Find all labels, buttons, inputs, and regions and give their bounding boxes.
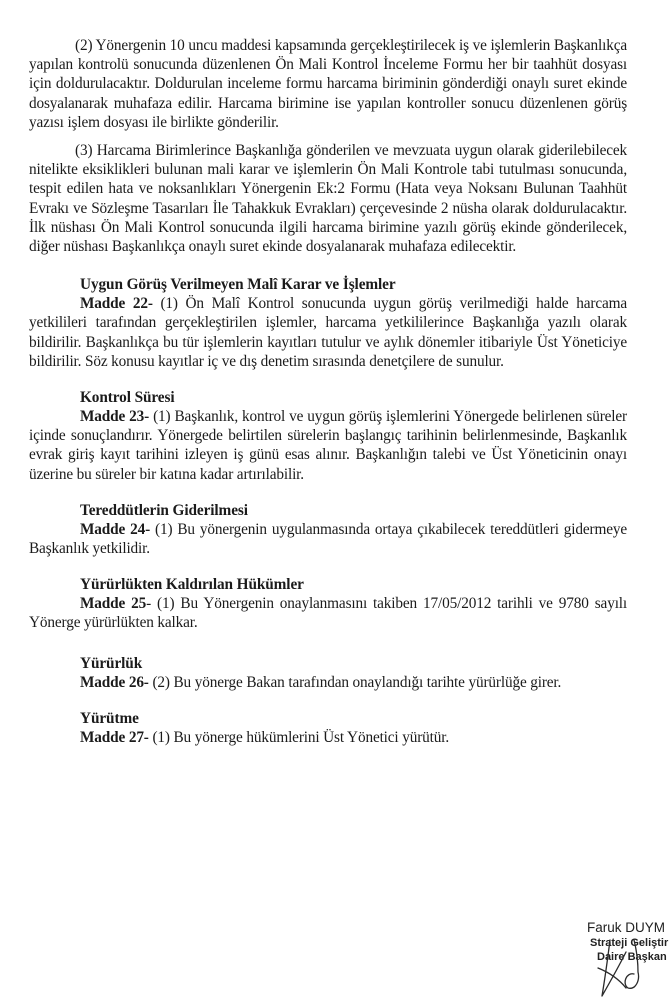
- section-body: Madde 26- (2) Bu yönerge Bakan tarafında…: [80, 673, 627, 692]
- madde-number: Madde 22-: [80, 295, 153, 312]
- paragraph-3: (3) Harcama Birimlerince Başkanlığa gönd…: [29, 141, 627, 256]
- madde-text: (2) Bu yönerge Bakan tarafından onayland…: [149, 674, 561, 691]
- section-title: Yürürlükten Kaldırılan Hükümler: [80, 576, 627, 594]
- section-body: Madde 27- (1) Bu yönerge hükümlerini Üst…: [80, 728, 627, 747]
- section-title: Tereddütlerin Giderilmesi: [80, 502, 627, 520]
- madde-number: Madde 24-: [80, 521, 150, 538]
- paragraph-2: (2) Yönergenin 10 uncu maddesi kapsamınd…: [29, 36, 627, 132]
- section-body: Madde 24- (1) Bu yönergenin uygulanmasın…: [29, 520, 627, 558]
- madde-number: Madde 27-: [80, 729, 149, 746]
- section-madde-22: Uygun Görüş Verilmeyen Malî Karar ve İşl…: [29, 276, 627, 371]
- section-body: Madde 22- (1) Ön Malî Kontrol sonucunda …: [29, 294, 627, 371]
- handwritten-signature-icon: [596, 938, 656, 1000]
- madde-number: Madde 25: [80, 595, 146, 612]
- section-body: Madde 25- (1) Bu Yönergenin onaylanmasın…: [29, 594, 627, 632]
- signatory-name: Faruk DUYM: [587, 920, 670, 936]
- section-title: Uygun Görüş Verilmeyen Malî Karar ve İşl…: [80, 276, 627, 294]
- section-title: Yürütme: [80, 710, 627, 728]
- madde-number: Madde 23-: [80, 408, 149, 425]
- section-madde-24: Tereddütlerin Giderilmesi Madde 24- (1) …: [29, 502, 627, 558]
- section-madde-26: Yürürlük Madde 26- (2) Bu yönerge Bakan …: [29, 655, 627, 692]
- madde-text: (1) Bu yönerge hükümlerini Üst Yönetici …: [149, 729, 449, 746]
- document-page: (2) Yönergenin 10 uncu maddesi kapsamınd…: [29, 36, 627, 747]
- section-title: Kontrol Süresi: [80, 389, 627, 407]
- section-madde-27: Yürütme Madde 27- (1) Bu yönerge hükümle…: [29, 710, 627, 747]
- section-body: Madde 23- (1) Başkanlık, kontrol ve uygu…: [29, 407, 627, 484]
- madde-number: Madde 26-: [80, 674, 149, 691]
- section-madde-25: Yürürlükten Kaldırılan Hükümler Madde 25…: [29, 576, 627, 632]
- section-title: Yürürlük: [80, 655, 627, 673]
- section-madde-23: Kontrol Süresi Madde 23- (1) Başkanlık, …: [29, 389, 627, 484]
